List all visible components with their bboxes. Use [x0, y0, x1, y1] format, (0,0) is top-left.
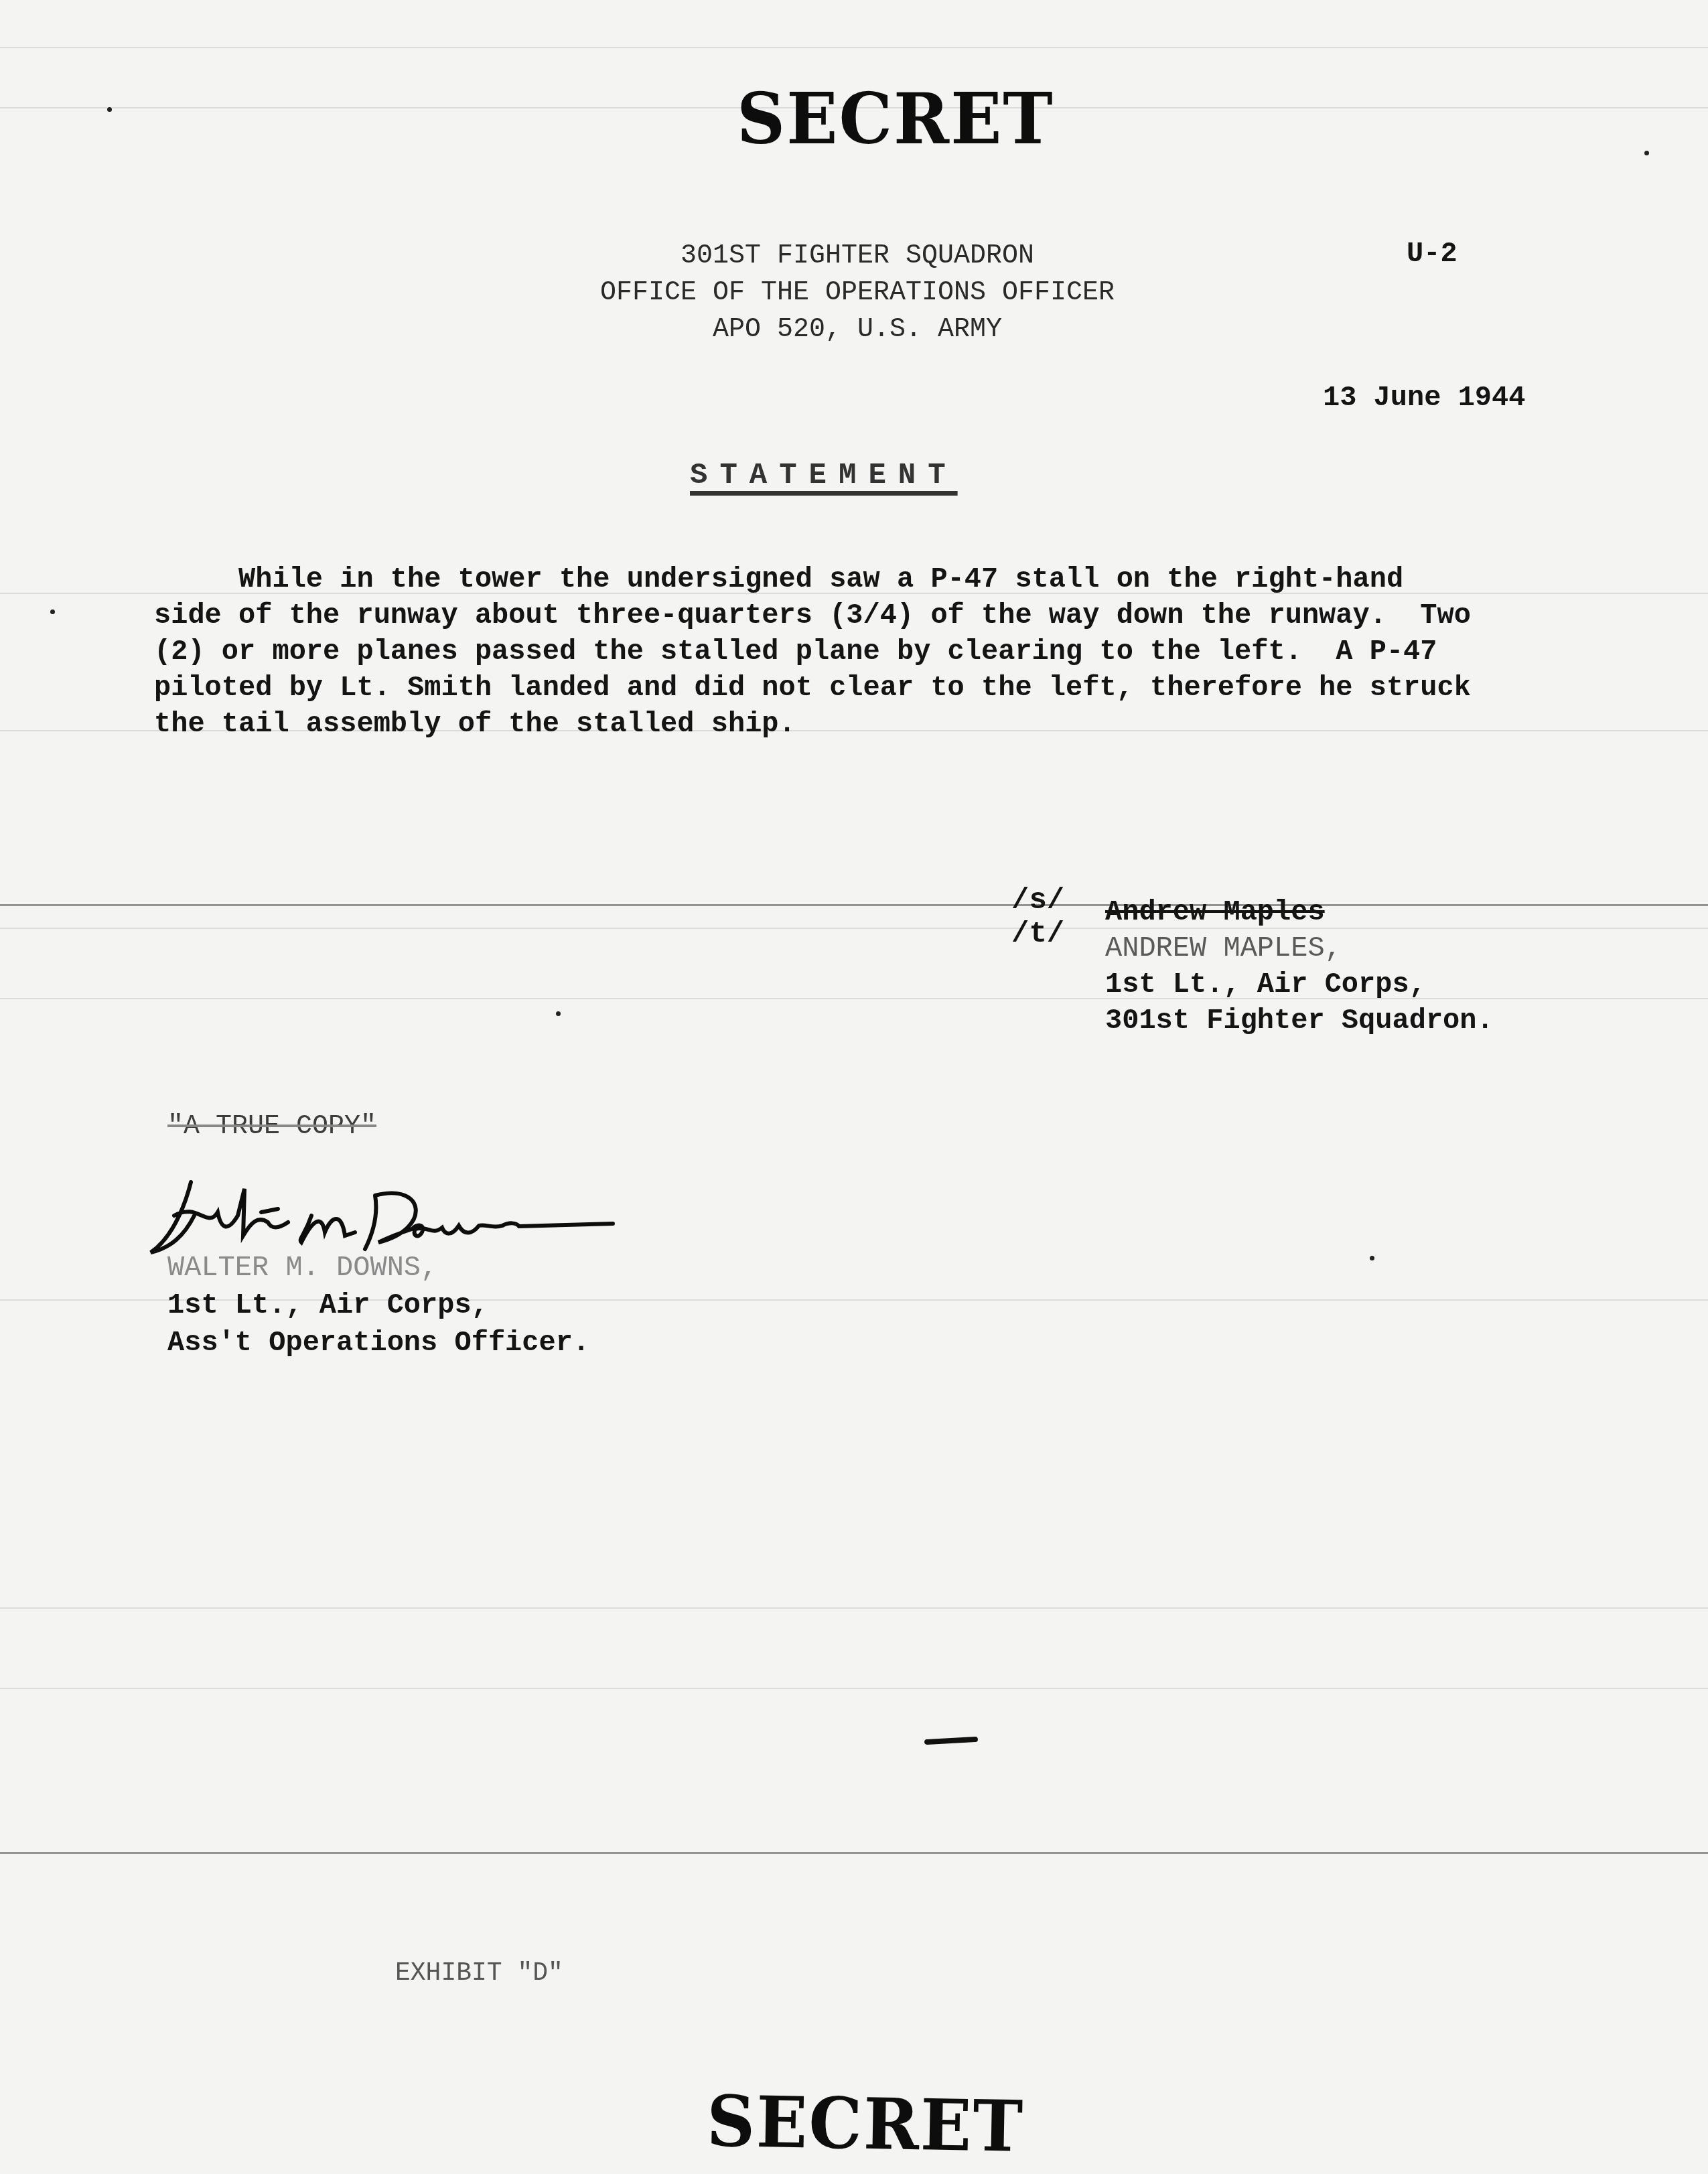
certifier-typed-name: WALTER M. DOWNS,: [167, 1249, 589, 1287]
office-name: OFFICE OF THE OPERATIONS OFFICER: [563, 275, 1152, 311]
body-line: piloted by Lt. Smith landed and did not …: [154, 670, 1574, 706]
scan-line: [0, 1688, 1708, 1689]
typed-name: ANDREW MAPLES,: [1105, 930, 1494, 966]
document-date: 13 June 1944: [1323, 382, 1525, 414]
document-title: STATEMENT: [690, 459, 958, 492]
body-line: the tail assembly of the stalled ship.: [154, 706, 1574, 742]
signatory-rank: 1st Lt., Air Corps,: [1105, 966, 1494, 1003]
body-line: While in the tower the undersigned saw a…: [154, 561, 1574, 597]
pen-mark: [924, 1737, 978, 1745]
scan-line: [0, 47, 1708, 48]
true-copy-label: "A TRUE COPY": [167, 1112, 376, 1142]
body-line: (2) or more planes passed the stalled pl…: [154, 634, 1574, 670]
typed-mark: /t/: [1011, 918, 1064, 951]
scan-line: [0, 1607, 1708, 1609]
certifier-title: Ass't Operations Officer.: [167, 1324, 589, 1362]
body-line: side of the runway about three-quarters …: [154, 597, 1574, 634]
letterhead: 301ST FIGHTER SQUADRON OFFICE OF THE OPE…: [563, 238, 1152, 348]
ink-speck: [107, 107, 112, 112]
signatory-unit: 301st Fighter Squadron.: [1105, 1003, 1494, 1039]
statement-body: While in the tower the undersigned saw a…: [154, 561, 1574, 742]
certifier-rank: 1st Lt., Air Corps,: [167, 1287, 589, 1324]
signatory-block: Andrew Maples ANDREW MAPLES, 1st Lt., Ai…: [1105, 894, 1494, 1039]
unit-name: 301ST FIGHTER SQUADRON: [563, 238, 1152, 275]
ink-speck: [556, 1011, 561, 1016]
address: APO 520, U.S. ARMY: [563, 311, 1152, 348]
classification-stamp-bottom: SECRET: [706, 2080, 1025, 2168]
classification-stamp-top: SECRET: [737, 77, 1054, 160]
ink-speck: [1370, 1256, 1374, 1260]
scan-line: [0, 1852, 1708, 1854]
signature-marks: /s/ /t/: [1011, 884, 1064, 951]
ink-speck: [50, 609, 55, 614]
exhibit-label: EXHIBIT "D": [395, 1959, 563, 1988]
reference-code: U-2: [1407, 238, 1457, 270]
ink-speck: [1644, 151, 1649, 155]
signed-mark: /s/: [1011, 884, 1064, 918]
signed-name: Andrew Maples: [1105, 894, 1494, 930]
certifier-block: WALTER M. DOWNS, 1st Lt., Air Corps, Ass…: [167, 1249, 589, 1362]
